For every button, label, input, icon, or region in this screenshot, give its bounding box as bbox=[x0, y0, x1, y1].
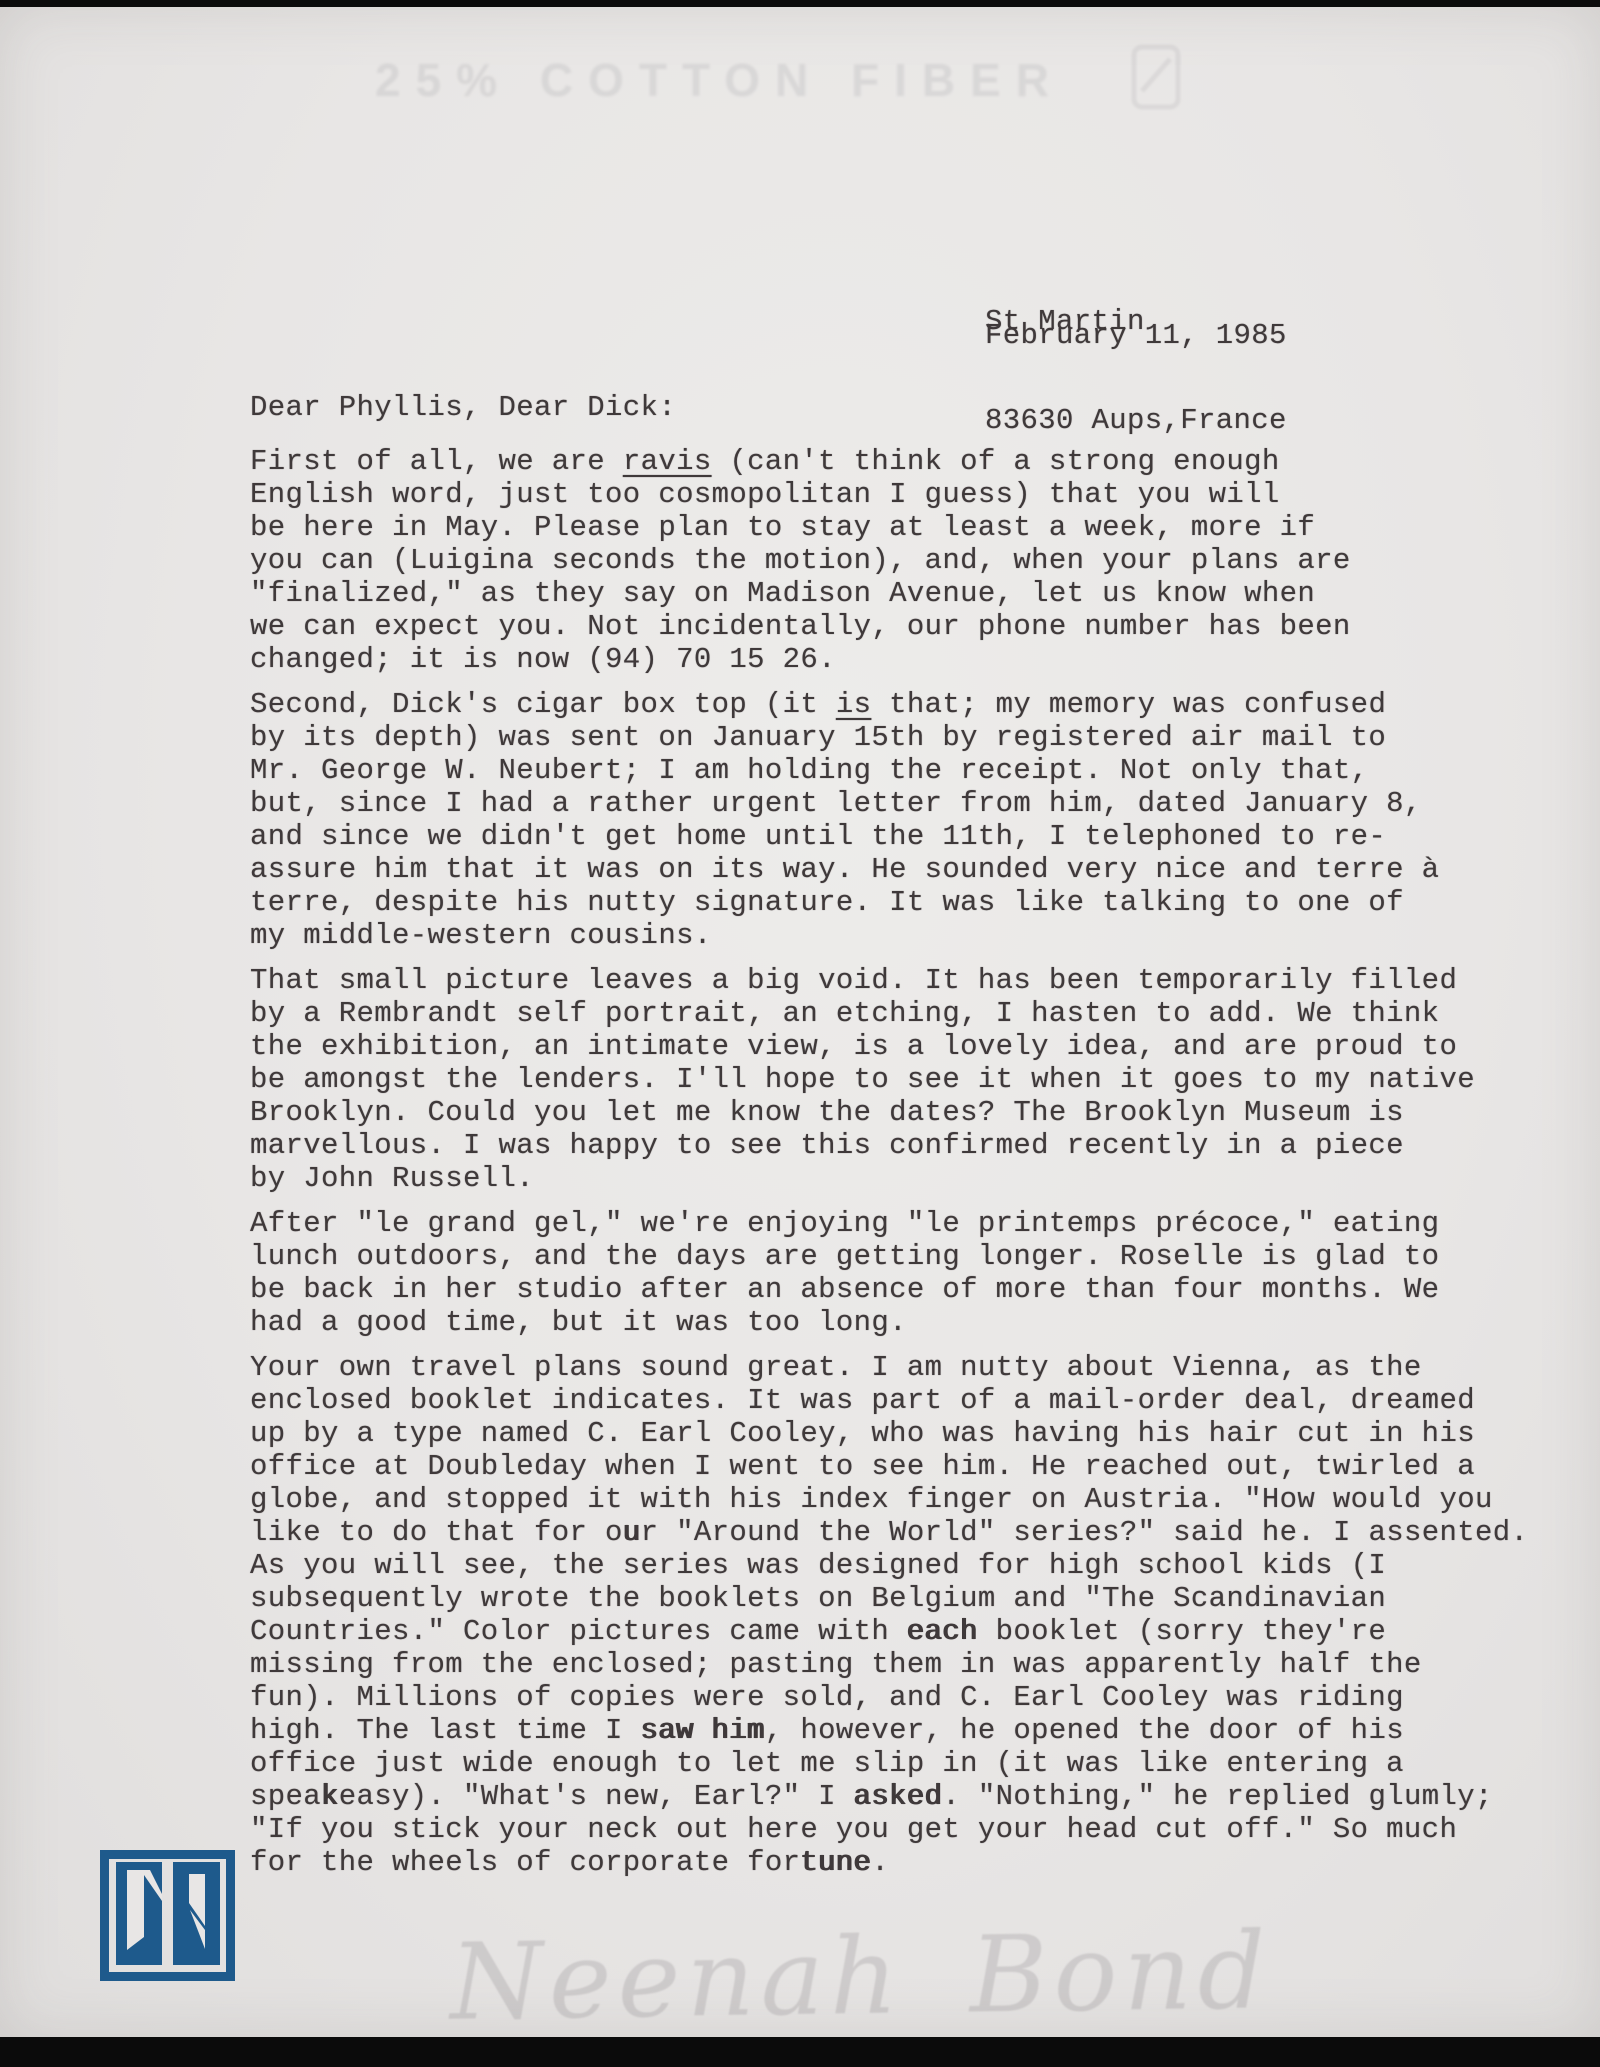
letter-paragraph: After "le grand gel," we're enjoying "le… bbox=[250, 1207, 1560, 1339]
letter-paragraph: First of all, we are ravis (can't think … bbox=[250, 445, 1560, 676]
letter-line: First of all, we are ravis (can't think … bbox=[250, 445, 1560, 478]
letter-paragraph: Your own travel plans sound great. I am … bbox=[250, 1351, 1560, 1879]
letter-line: That small picture leaves a big void. It… bbox=[250, 964, 1560, 997]
letter-line: globe, and stopped it with his index fin… bbox=[250, 1483, 1560, 1516]
letter-line: "If you stick your neck out here you get… bbox=[250, 1813, 1560, 1846]
letter-line: you can (Luigina seconds the motion), an… bbox=[250, 544, 1560, 577]
letter-line: had a good time, but it was too long. bbox=[250, 1306, 1560, 1339]
letter-line: be amongst the lenders. I'll hope to see… bbox=[250, 1063, 1560, 1096]
watermark-crest-icon bbox=[1128, 41, 1184, 113]
letter-line: be back in her studio after an absence o… bbox=[250, 1273, 1560, 1306]
letter-line: Mr. George W. Neubert; I am holding the … bbox=[250, 754, 1560, 787]
letter-line: by a Rembrandt self portrait, an etching… bbox=[250, 997, 1560, 1030]
letter-line: Countries." Color pictures came with eac… bbox=[250, 1615, 1560, 1648]
letter-line: office just wide enough to let me slip i… bbox=[250, 1747, 1560, 1780]
letter-line: my middle-western cousins. bbox=[250, 919, 1560, 952]
letter-line: terre, despite his nutty signature. It w… bbox=[250, 886, 1560, 919]
letter-line: like to do that for our "Around the Worl… bbox=[250, 1516, 1560, 1549]
watermark-cotton-fiber: 25% COTTON FIBER bbox=[375, 53, 1064, 107]
scanned-letter-document: { "page": { "watermark_top": "25% COTTON… bbox=[0, 0, 1600, 2067]
letter-line: by its depth) was sent on January 15th b… bbox=[250, 721, 1560, 754]
letter-line: lunch outdoors, and the days are getting… bbox=[250, 1240, 1560, 1273]
letter-line: marvellous. I was happy to see this conf… bbox=[250, 1129, 1560, 1162]
letter-line: subsequently wrote the booklets on Belgi… bbox=[250, 1582, 1560, 1615]
letter-paragraph: Second, Dick's cigar box top (it is that… bbox=[250, 688, 1560, 952]
salutation: Dear Phyllis, Dear Dick: bbox=[250, 391, 676, 424]
letter-line: high. The last time I saw him, however, … bbox=[250, 1714, 1560, 1747]
letter-line: assure him that it was on its way. He so… bbox=[250, 853, 1560, 886]
letter-line: fun). Millions of copies were sold, and … bbox=[250, 1681, 1560, 1714]
sender-postal-address: 83630 Aups,France bbox=[985, 404, 1287, 437]
letter-line: changed; it is now (94) 70 15 26. bbox=[250, 643, 1560, 676]
letter-line: the exhibition, an intimate view, is a l… bbox=[250, 1030, 1560, 1063]
letter-line: be here in May. Please plan to stay at l… bbox=[250, 511, 1560, 544]
letter-paragraph: That small picture leaves a big void. It… bbox=[250, 964, 1560, 1195]
letter-line: Brooklyn. Could you let me know the date… bbox=[250, 1096, 1560, 1129]
letter-date: February 11, 1985 bbox=[985, 319, 1287, 352]
letter-line: English word, just too cosmopolitan I gu… bbox=[250, 478, 1560, 511]
letter-line: speakeasy). "What's new, Earl?" I asked.… bbox=[250, 1780, 1560, 1813]
letter-line: Second, Dick's cigar box top (it is that… bbox=[250, 688, 1560, 721]
letter-line: and since we didn't get home until the 1… bbox=[250, 820, 1560, 853]
letter-line: by John Russell. bbox=[250, 1162, 1560, 1195]
letter-line: but, since I had a rather urgent letter … bbox=[250, 787, 1560, 820]
letter-body: First of all, we are ravis (can't think … bbox=[250, 445, 1560, 1891]
letter-line: missing from the enclosed; pasting them … bbox=[250, 1648, 1560, 1681]
letter-line: As you will see, the series was designed… bbox=[250, 1549, 1560, 1582]
letter-line: office at Doubleday when I went to see h… bbox=[250, 1450, 1560, 1483]
watermark-neenah-bond: Neenah Bond bbox=[449, 1909, 1272, 2043]
letter-line: Your own travel plans sound great. I am … bbox=[250, 1351, 1560, 1384]
letter-line: for the wheels of corporate fortune. bbox=[250, 1846, 1560, 1879]
letter-line: enclosed booklet indicates. It was part … bbox=[250, 1384, 1560, 1417]
letter-page: 25% COTTON FIBER St Martin 83630 Aups,Fr… bbox=[0, 7, 1600, 2037]
scan-edge-bottom bbox=[0, 2037, 1600, 2067]
scan-edge-top bbox=[0, 0, 1600, 7]
letter-line: up by a type named C. Earl Cooley, who w… bbox=[250, 1417, 1560, 1450]
letter-line: we can expect you. Not incidentally, our… bbox=[250, 610, 1560, 643]
letter-line: After "le grand gel," we're enjoying "le… bbox=[250, 1207, 1560, 1240]
letter-line: "finalized," as they say on Madison Aven… bbox=[250, 577, 1560, 610]
blue-square-logo-icon bbox=[100, 1850, 235, 1981]
